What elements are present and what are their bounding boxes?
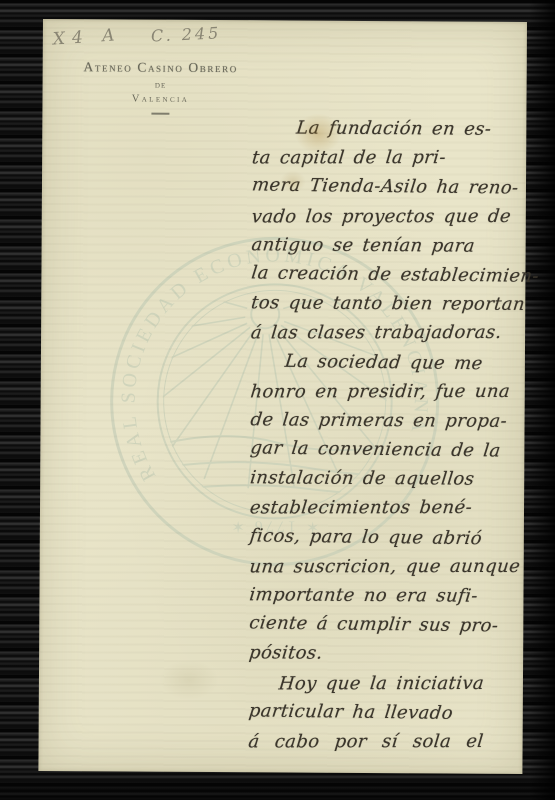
letter-line: establecimientos bené- (248, 493, 539, 523)
letter-line: honro en presidir, fue una (249, 377, 540, 407)
letter-line: de las primeras en propa- (249, 405, 540, 436)
letterhead-organization: Ateneo Casino Obrero (77, 59, 245, 76)
letter-line: ciente á cumplir sus pro- (248, 609, 539, 642)
letter-line: á las clases trabajadoras. (249, 318, 540, 348)
letter-line: una suscricion, que aunque (248, 552, 539, 582)
letter-line: antiguo se tenían para (250, 230, 541, 261)
letter-line: pósitos. (248, 639, 539, 670)
letter-line: á cabo por sí sola el (247, 727, 538, 757)
letter-line: particular ha llevado (247, 696, 538, 729)
letter-line: ficos, para lo que abrió (248, 521, 539, 554)
letter-line: vado los proyectos que de (250, 201, 541, 231)
letter-line: instalación de aquellos (249, 464, 540, 495)
letter-line: gar la conveniencia de la (249, 433, 540, 466)
letter-line: La sociedad que me (249, 346, 540, 379)
letterhead-rule (151, 113, 169, 115)
letter-line: ta capital de la pri- (251, 143, 542, 173)
letterhead-city: Valencia (76, 93, 244, 105)
letterhead: Ateneo Casino Obrero DE Valencia (76, 59, 244, 115)
pencil-annotation-left: X4 A (52, 25, 122, 49)
letter-line: mera Tienda-Asilo ha reno- (250, 171, 541, 204)
handwritten-letter-body: La fundación en es- ta capital de la pri… (249, 113, 541, 757)
letter-line: importante no era sufi- (248, 580, 539, 611)
letter-line: La fundación en es- (251, 113, 542, 144)
letterhead-preposition: DE (77, 81, 245, 90)
letter-line: Hoy que la iniciativa (247, 668, 538, 698)
letter-line: tos que tanto bien reportan (250, 288, 541, 319)
pencil-annotation-right: C. 245 (151, 23, 222, 45)
paper-stain (159, 660, 219, 700)
scan-bottom-shade (0, 786, 555, 800)
letter-line: la creación de establecimien- (250, 258, 541, 291)
document-page: X4 A C. 245 Ateneo Casino Obrero DE Vale… (38, 19, 527, 774)
